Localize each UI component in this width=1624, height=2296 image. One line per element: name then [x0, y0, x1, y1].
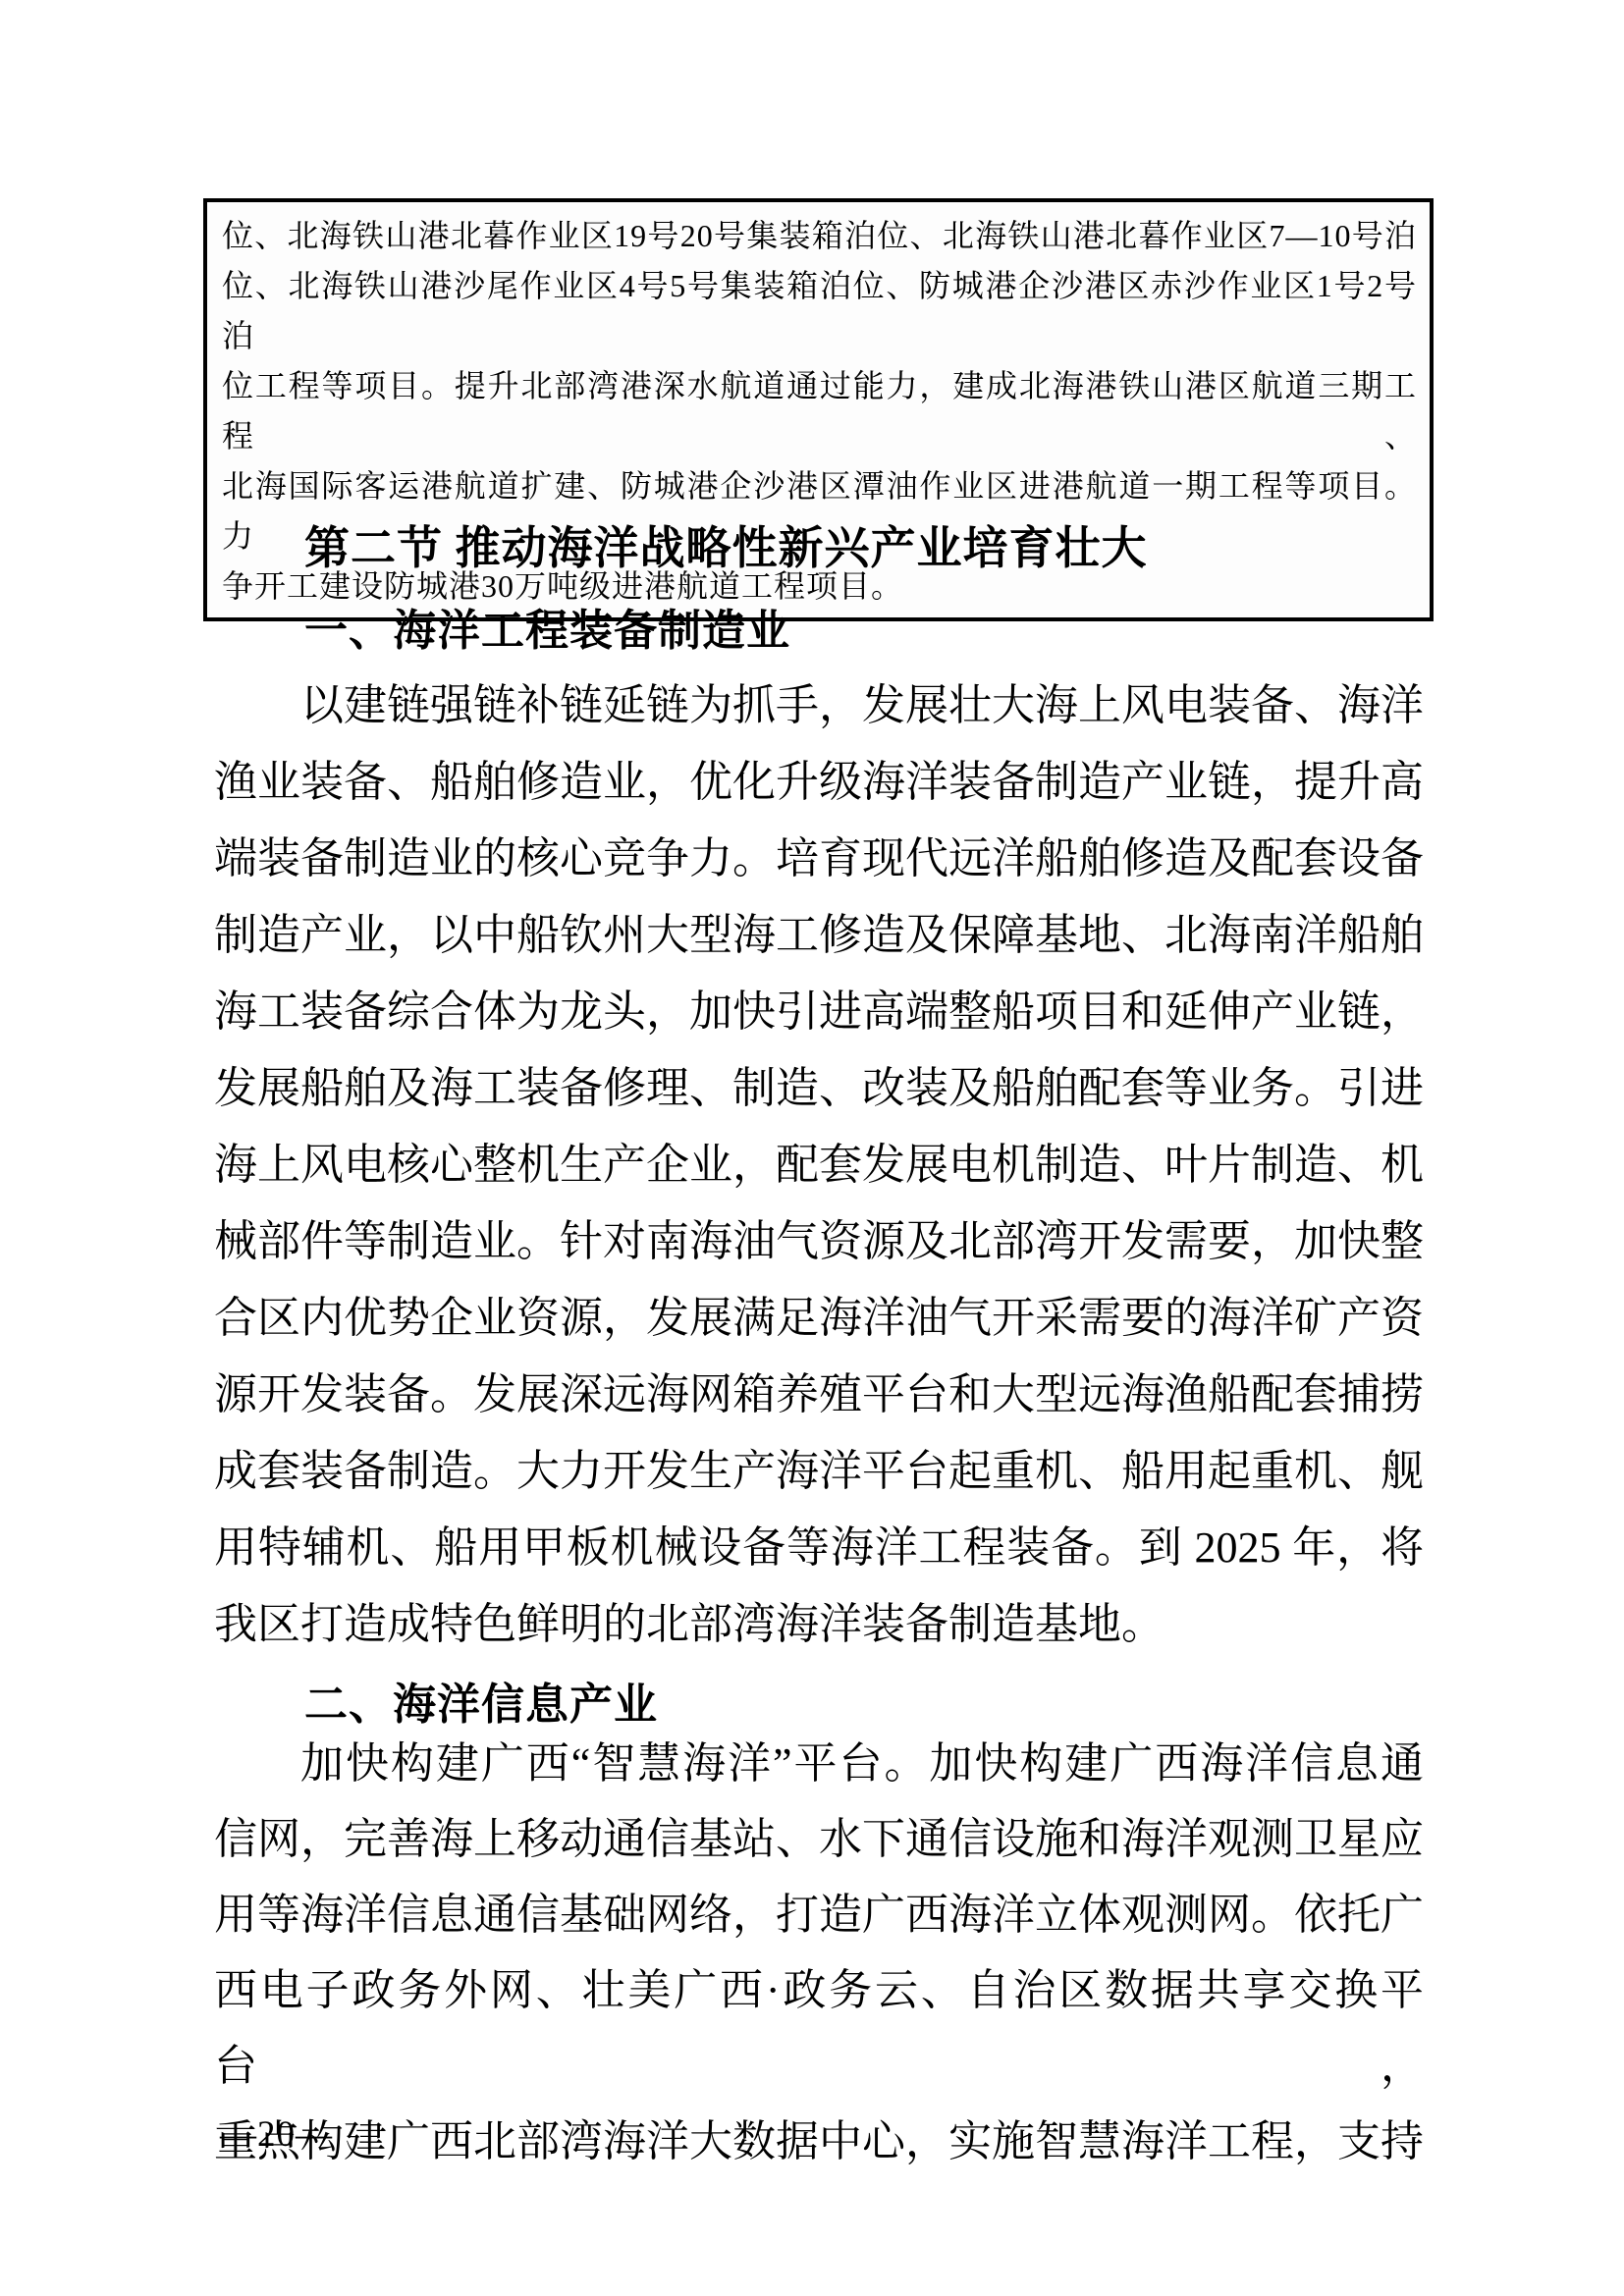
paragraph-line: 信网，完善海上移动通信基站、水下通信设施和海洋观测卫星应	[214, 1801, 1424, 1877]
paragraph-line: 重点构建广西北部湾海洋大数据中心，实施智慧海洋工程，支持	[214, 2104, 1424, 2179]
section-heading: 第二节 推动海洋战略性新兴产业培育壮大	[304, 512, 1148, 577]
subsection-heading-1: 一、海洋工程装备制造业	[304, 595, 790, 658]
paragraph-line: 制造产业，以中船钦州大型海工修造及保障基地、北海南洋船舶	[214, 897, 1424, 974]
paragraph-line: 我区打造成特色鲜明的北部湾海洋装备制造基地。	[214, 1586, 1424, 1663]
box-line: 位工程等项目。提升北部湾港深水航道通过能力，建成北海港铁山港区航道三期工程、	[222, 361, 1417, 461]
paragraph-line: 发展船舶及海工装备修理、制造、改装及船舶配套等业务。引进	[214, 1050, 1424, 1127]
paragraph-line: 用等海洋信息通信基础网络，打造广西海洋立体观测网。依托广	[214, 1877, 1424, 1952]
paragraph-line: 源开发装备。发展深远海网箱养殖平台和大型远海渔船配套捕捞	[214, 1357, 1424, 1433]
paragraph-marine-equipment: 以建链强链补链延链为抓手，发展壮大海上风电装备、海洋 渔业装备、船舶修造业，优化…	[214, 667, 1424, 1663]
paragraph-line: 渔业装备、船舶修造业，优化升级海洋装备制造产业链，提升高	[214, 744, 1424, 821]
box-line: 位、北海铁山港北暮作业区19号20号集装箱泊位、北海铁山港北暮作业区7—10号泊	[222, 211, 1417, 261]
paragraph-line: 用特辅机、船用甲板机械设备等海洋工程装备。到 2025 年，将	[214, 1510, 1424, 1586]
paragraph-line: 海工装备综合体为龙头，加快引进高端整船项目和延伸产业链，	[214, 974, 1424, 1050]
subsection-heading-2: 二、海洋信息产业	[304, 1669, 658, 1732]
paragraph-line: 海上风电核心整机生产企业，配套发展电机制造、叶片制造、机	[214, 1127, 1424, 1203]
box-line: 位、北海铁山港沙尾作业区4号5号集装箱泊位、防城港企沙港区赤沙作业区1号2号泊	[222, 261, 1417, 361]
paragraph-line: 西电子政务外网、壮美广西·政务云、自治区数据共享交换平台，	[214, 1952, 1424, 2104]
paragraph-line: 加快构建广西“智慧海洋”平台。加快构建广西海洋信息通	[214, 1726, 1424, 1801]
document-page: 位、北海铁山港北暮作业区19号20号集装箱泊位、北海铁山港北暮作业区7—10号泊…	[0, 0, 1624, 2296]
page-number: —20—	[220, 2113, 333, 2156]
paragraph-line: 以建链强链补链延链为抓手，发展壮大海上风电装备、海洋	[214, 667, 1424, 744]
paragraph-line: 合区内优势企业资源，发展满足海洋油气开采需要的海洋矿产资	[214, 1280, 1424, 1357]
paragraph-line: 成套装备制造。大力开发生产海洋平台起重机、船用起重机、舰	[214, 1433, 1424, 1510]
paragraph-marine-information: 加快构建广西“智慧海洋”平台。加快构建广西海洋信息通 信网，完善海上移动通信基站…	[214, 1726, 1424, 2179]
paragraph-line: 械部件等制造业。针对南海油气资源及北部湾开发需要，加快整	[214, 1203, 1424, 1280]
paragraph-line: 端装备制造业的核心竞争力。培育现代远洋船舶修造及配套设备	[214, 821, 1424, 897]
